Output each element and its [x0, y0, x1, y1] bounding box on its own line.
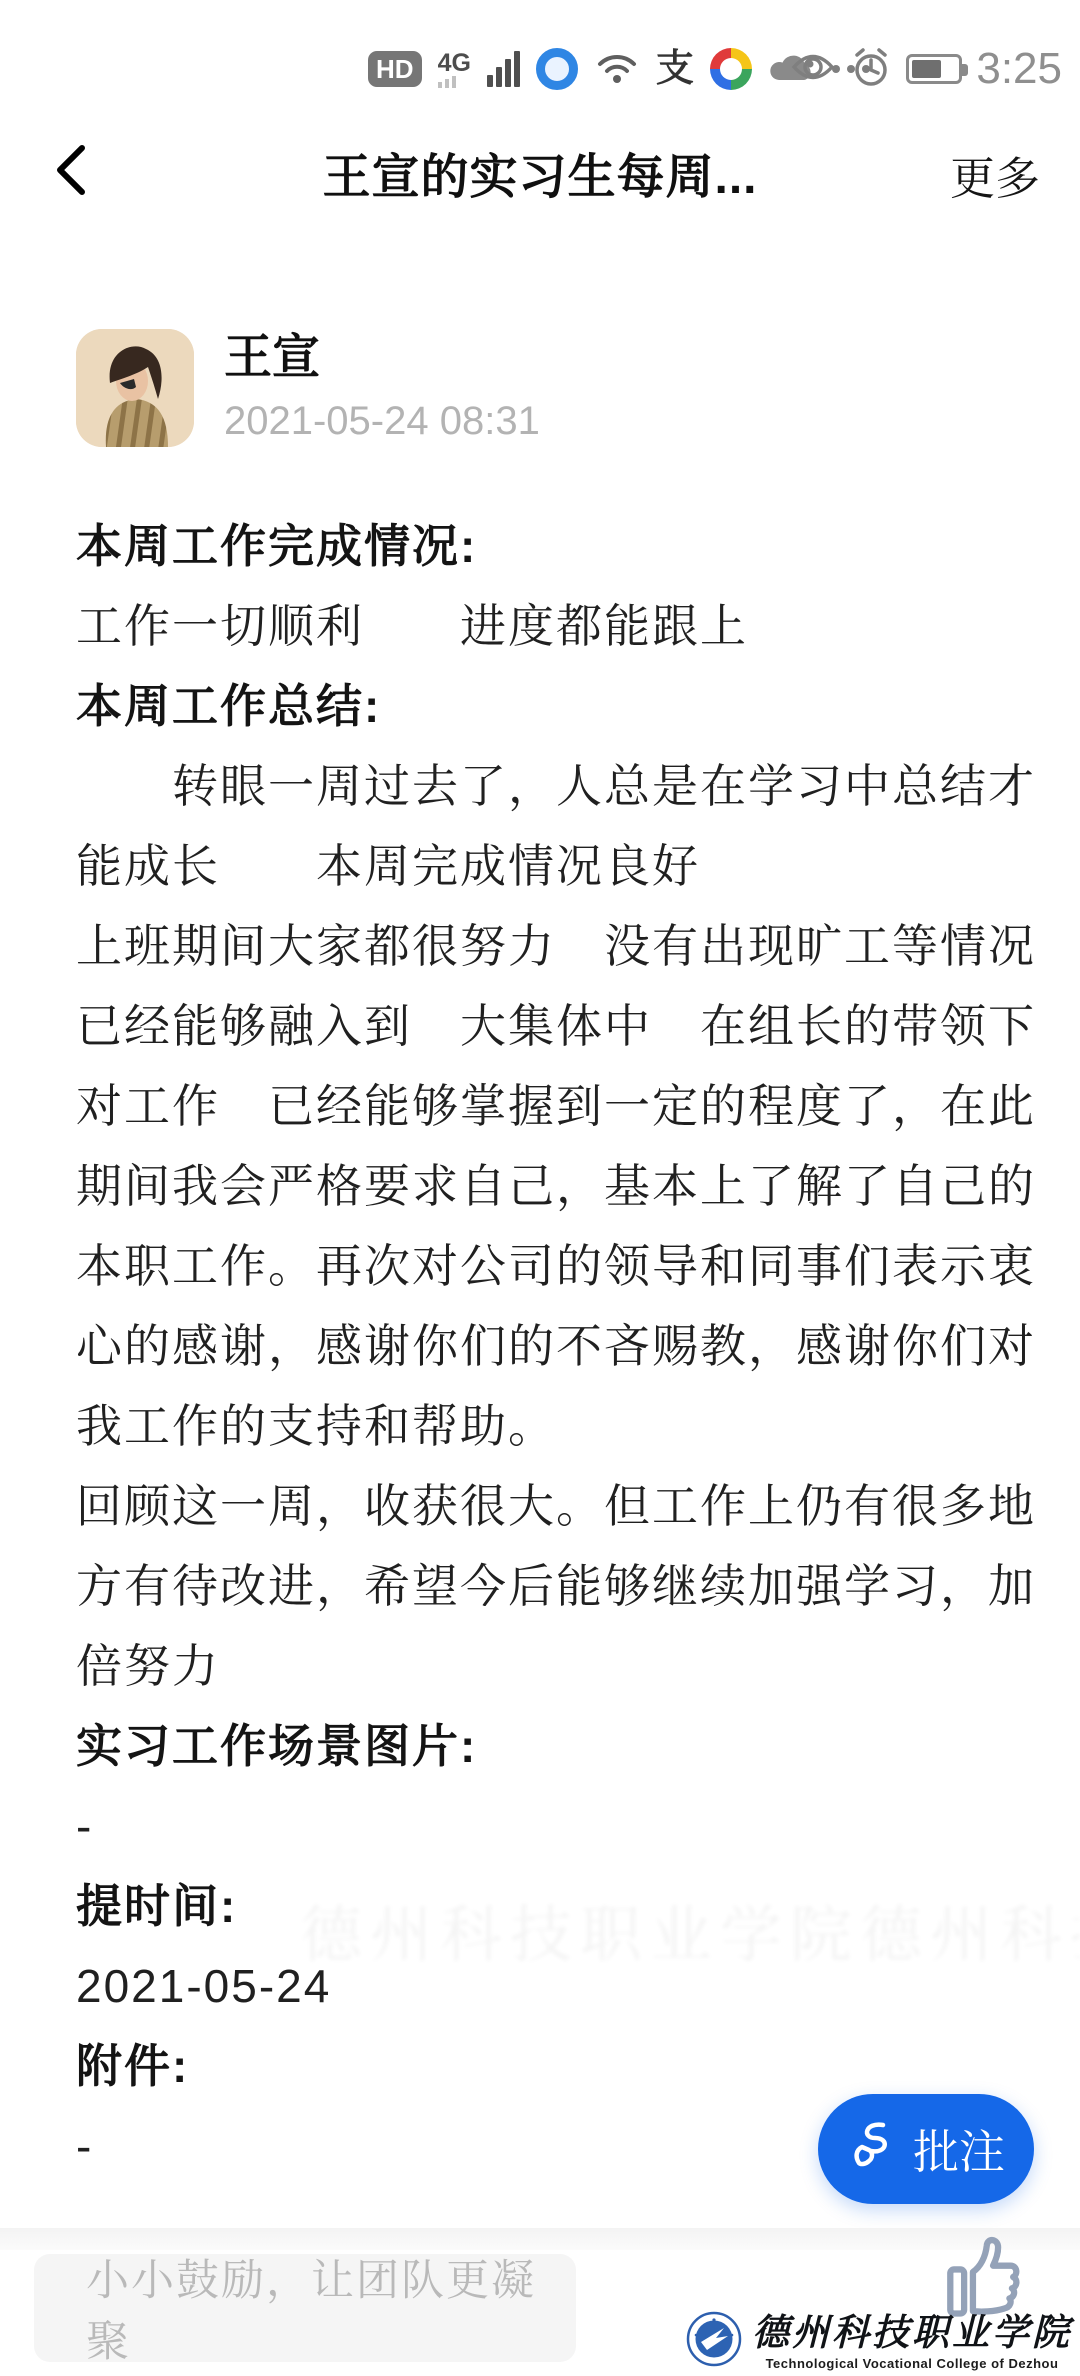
- photos-heading: 实习工作场景图片:: [76, 1706, 1038, 1786]
- author-row: 王宣 2021-05-24 08:31: [76, 328, 1038, 448]
- signal-bars-icon: [487, 51, 520, 87]
- sim2-signal-icon: [438, 76, 456, 88]
- post-datetime: 2021-05-24 08:31: [224, 399, 540, 444]
- alarm-icon: [850, 46, 892, 93]
- avatar[interactable]: [76, 329, 194, 447]
- status-time: 3:25: [976, 44, 1062, 94]
- alipay-icon: 支: [656, 50, 694, 88]
- comment-placeholder: 小小鼓励，让团队更凝聚: [86, 2247, 576, 2369]
- comment-bar: 小小鼓励，让团队更凝聚: [0, 2228, 1080, 2376]
- app-screen: HD 4G 支: [0, 0, 1080, 2376]
- author-meta: 王宣 2021-05-24 08:31: [224, 332, 540, 444]
- report-content: 王宣 2021-05-24 08:31 本周工作完成情况: 工作一切顺利 进度都…: [76, 300, 1038, 2186]
- submit-time-heading: 提时间:: [76, 1866, 1038, 1946]
- more-button[interactable]: 更多: [950, 142, 1040, 207]
- network-type-label: 4G: [438, 51, 471, 76]
- completion-text: 工作一切顺利 进度都能跟上: [76, 586, 1038, 666]
- eye-comfort-icon: [790, 50, 836, 89]
- annotate-button[interactable]: 批注: [818, 2094, 1034, 2204]
- page-title: 王宣的实习生每周...: [0, 138, 1080, 207]
- annotate-label: 批注: [913, 2116, 1005, 2182]
- battery-icon: [906, 54, 962, 84]
- summary-heading: 本周工作总结:: [76, 666, 1038, 746]
- photos-placeholder: -: [76, 1786, 1038, 1866]
- browser-app-icon: [536, 48, 578, 90]
- nav-bar: 王宣的实习生每周... 更多: [0, 118, 1080, 222]
- annotate-hand-icon: [847, 2118, 899, 2181]
- completion-heading: 本周工作完成情况:: [76, 506, 1038, 586]
- photos-app-icon: [710, 48, 752, 90]
- hd-badge: HD: [368, 51, 422, 87]
- submit-time-value: 2021-05-24: [76, 1946, 1038, 2026]
- author-name: 王宣: [224, 332, 540, 385]
- wifi-icon: [594, 48, 640, 91]
- status-bar: HD 4G 支: [0, 36, 1080, 102]
- comment-input[interactable]: 小小鼓励，让团队更凝聚: [34, 2254, 576, 2362]
- summary-text: 转眼一周过去了，人总是在学习中总结才能成长 本周完成情况良好 上班期间大家都很努…: [76, 746, 1038, 1706]
- like-button[interactable]: [944, 2230, 1022, 2324]
- network-type-indicator: 4G: [438, 51, 471, 88]
- status-icons-right-cluster: 3:25: [790, 44, 1062, 94]
